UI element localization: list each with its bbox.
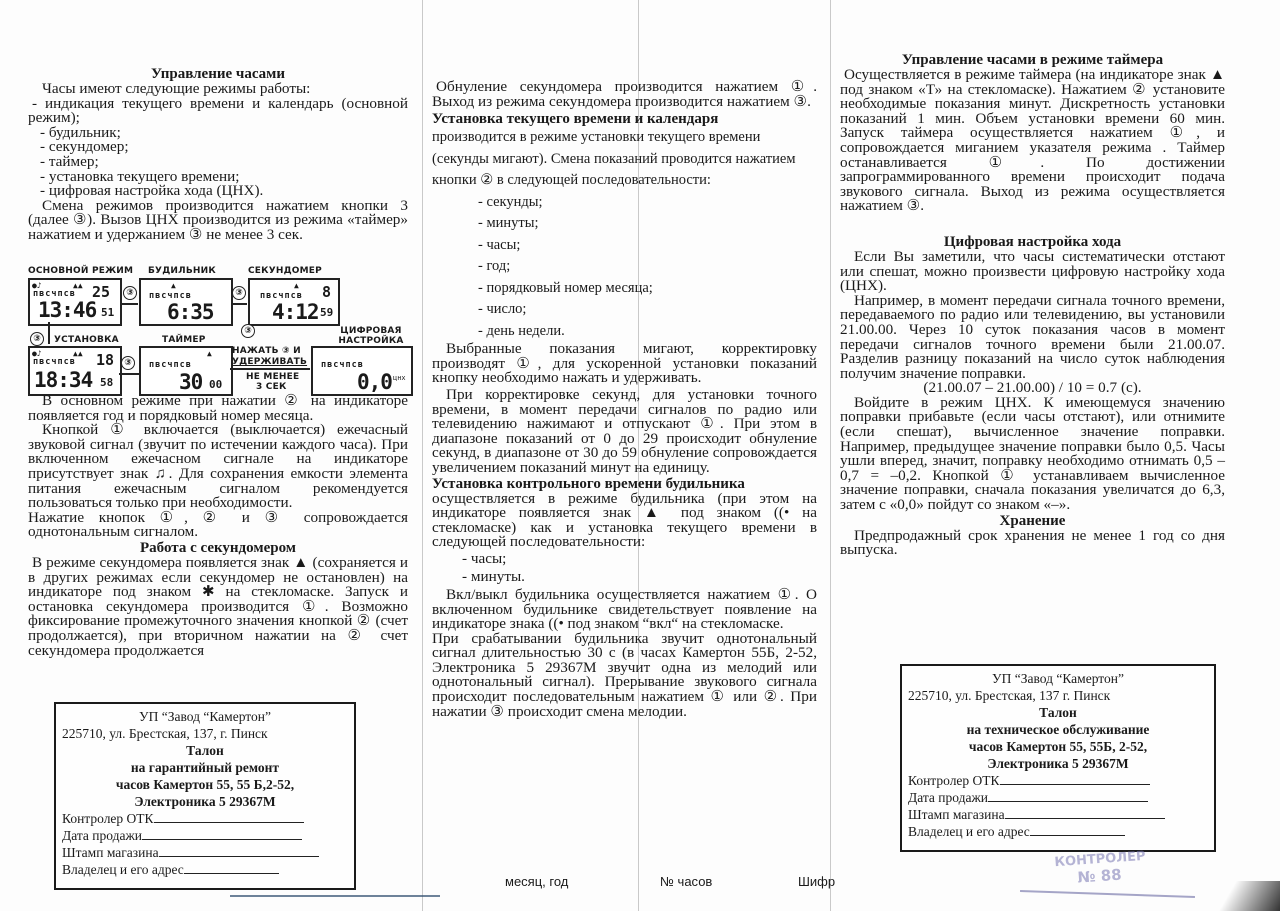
coupon-models: часов Камертон 55, 55 Б,2-52, — [62, 776, 348, 793]
button-3-icon: ③ — [232, 286, 246, 300]
footer-watch-number: № часов — [660, 874, 712, 889]
tuning-intro-text: Если Вы заметили, что часы систематическ… — [840, 250, 1225, 294]
storage-text: Предпродажный срок хранения не менее 1 г… — [840, 529, 1225, 558]
section-title-set-time: Установка текущего времени и календаря — [432, 111, 817, 127]
coupon-subtitle: на гарантийный ремонт — [62, 759, 348, 776]
lcd-alarm: ▲ пвсчпсв 6:35 — [139, 278, 233, 326]
button-3-icon: ③ — [123, 286, 137, 300]
weekday-row: пвсчпсв — [321, 360, 364, 370]
scan-edge-line — [230, 895, 440, 897]
mode-change-text: Смена режимов производится нажатием кноп… — [28, 199, 408, 243]
selected-blink-text: Выбранные показания мигают, корректировк… — [432, 342, 817, 386]
hold-instruction: 3 СЕК — [256, 382, 287, 392]
field-owner-address[interactable]: Владелец и его адрес — [62, 861, 348, 878]
lcd-seconds: 59 — [320, 306, 333, 319]
lcd-time: 6:35 — [167, 300, 214, 324]
arrow-icon — [120, 303, 138, 305]
lcd-seconds: 51 — [101, 306, 114, 319]
inspector-stamp: КОНТРОЛЕР № 88 — [1054, 849, 1147, 888]
lcd-stopwatch: ▲ пвсчпсв 8 4:12 59 — [248, 278, 340, 326]
label-setting: УСТАНОВКА — [54, 335, 119, 345]
lcd-stopwatch-top: 8 — [322, 283, 331, 301]
lcd-main-mode: ●♪ ▲▲ пвсчпсв 25 13:46 51 — [28, 278, 122, 326]
alarm-onoff-text: Вкл/выкл будильника осуществляется нажат… — [432, 588, 817, 632]
lcd-timer: ▲ пвсчпсв 30 00 — [139, 346, 233, 396]
sequence-item: - порядковый номер месяца; — [478, 278, 817, 300]
field-qc-inspector[interactable]: Контролер ОТК — [62, 810, 348, 827]
weekday-row: пвсчпсв — [149, 360, 192, 370]
stamp-signature-line — [1020, 890, 1195, 898]
warranty-coupon: УП “Завод “Камертон” 225710, ул. Брестск… — [54, 702, 356, 890]
tuning-apply-text: Войдите в режим ЦНХ. К имеющемуся значен… — [840, 396, 1225, 513]
arrow-icon — [119, 373, 139, 375]
scan-corner-shadow — [1210, 881, 1280, 911]
label-stopwatch: СЕКУНДОМЕР — [248, 266, 322, 276]
indicator-triangle-icon: ▲ — [207, 349, 212, 358]
alarm-sequence-item: - минуты. — [462, 568, 817, 586]
arrow-up-icon — [48, 322, 50, 344]
seconds-correction-text: При корректировке секунд, для установки … — [432, 388, 817, 476]
lcd-digital-tuning: пвсчпсв 0,0 цнх — [311, 346, 413, 396]
sequence-item: - секунды; — [478, 192, 817, 214]
lcd-seconds-blinking: 58 — [100, 376, 113, 389]
alarm-ring-text: При срабатывании будильника звучит однот… — [432, 632, 817, 720]
lcd-time: 18:34 — [34, 368, 92, 392]
sequence-item: - минуты; — [478, 213, 817, 235]
coupon-models: Электроника 5 29367М — [62, 793, 348, 810]
button-3-icon: ③ — [241, 324, 255, 338]
field-shop-stamp[interactable]: Штамп магазина — [908, 806, 1208, 823]
field-shop-stamp[interactable]: Штамп магазина — [62, 844, 348, 861]
label-main-mode: ОСНОВНОЙ РЕЖИМ — [28, 266, 133, 276]
label-alarm: БУДИЛЬНИК — [148, 266, 216, 276]
button-3-icon: ③ — [30, 332, 44, 346]
service-coupon: УП “Завод “Камертон” 225710, ул. Брестск… — [900, 664, 1216, 852]
lcd-tuning-value: 0,0 — [357, 370, 392, 394]
sequence-item: - часы; — [478, 235, 817, 257]
footer-month-year: месяц, год — [505, 874, 568, 889]
tuning-example-text: Например, в момент передачи сигнала точн… — [840, 294, 1225, 382]
coupon-address: 225710, ул. Брестская, 137 г. Пинск — [908, 687, 1208, 704]
alarm-sequence-item: - часы; — [462, 550, 817, 568]
hold-instruction: НЕ МЕНЕЕ — [246, 372, 299, 382]
fold-line — [422, 0, 423, 911]
arrow-icon — [231, 303, 247, 305]
fold-line — [830, 0, 831, 911]
label-timer: ТАЙМЕР — [162, 335, 206, 345]
lcd-time: 30 — [179, 370, 202, 394]
indicator-triangle-icon: ▲ — [171, 281, 176, 290]
coupon-models: часов Камертон 55, 55Б, 2-52, — [908, 738, 1208, 755]
field-sale-date[interactable]: Дата продажи — [62, 827, 348, 844]
lcd-tuning-unit: цнх — [393, 374, 406, 382]
coupon-models: Электроника 5 29367М — [908, 755, 1208, 772]
sequence-item: - число; — [478, 299, 817, 321]
year-month-text: В основном режиме при нажатии ② на индик… — [28, 394, 408, 423]
coupon-title: Талон — [908, 704, 1208, 721]
field-sale-date[interactable]: Дата продажи — [908, 789, 1208, 806]
field-qc-inspector[interactable]: Контролер ОТК — [908, 772, 1208, 789]
lcd-seconds: 00 — [209, 378, 222, 391]
button-3-icon: ③ — [121, 356, 135, 370]
coupon-address: 225710, ул. Брестская, 137, г. Пинск — [62, 725, 348, 742]
arrow-icon — [230, 368, 310, 370]
coupon-subtitle: на техническое обслуживание — [908, 721, 1208, 738]
set-time-text: производится в режиме установки текущего… — [432, 127, 817, 192]
stopwatch-text: В режиме секундомера появляется знак ▲ (… — [28, 556, 408, 658]
mode-item: - индикация текущего времени и календарь… — [28, 97, 408, 126]
sequence-item: - год; — [478, 256, 817, 278]
weekday-row: пвсчпсв — [33, 357, 76, 367]
coupon-company: УП “Завод “Камертон” — [62, 708, 348, 725]
lcd-date: 18 — [96, 351, 114, 369]
lcd-time: 4:12 — [272, 300, 319, 324]
coupon-title: Талон — [62, 742, 348, 759]
hold-instruction: УДЕРЖИВАТЬ — [232, 357, 307, 367]
field-owner-address[interactable]: Владелец и его адрес — [908, 823, 1208, 840]
footer-cipher: Шифр — [798, 874, 835, 889]
lcd-time: 13:46 — [38, 298, 96, 322]
indicator-triangle-icon: ▲ — [294, 281, 299, 290]
hourly-signal-text: Кнопкой ① включается (выключается) ежеча… — [28, 423, 408, 511]
sequence-item: - день недели. — [478, 321, 817, 343]
hold-instruction: НАЖАТЬ ③ И — [232, 346, 301, 356]
lcd-setting: ●♪ ▲▲ пвсчпсв 18 18:34 58 — [28, 346, 122, 396]
timer-text: Осуществляется в режиме таймера (на инди… — [840, 68, 1225, 214]
coupon-company: УП “Завод “Камертон” — [908, 670, 1208, 687]
reset-text: Обнуление секундомера производится нажат… — [432, 80, 817, 109]
alarm-setting-text: осуществляется в режиме будильника (при … — [432, 492, 817, 550]
mode-diagram: ОСНОВНОЙ РЕЖИМ БУДИЛЬНИК СЕКУНДОМЕР ●♪ ▲… — [26, 266, 416, 396]
button-sound-text: Нажатие кнопок ①, ② и ③ сопровождается о… — [28, 511, 408, 540]
